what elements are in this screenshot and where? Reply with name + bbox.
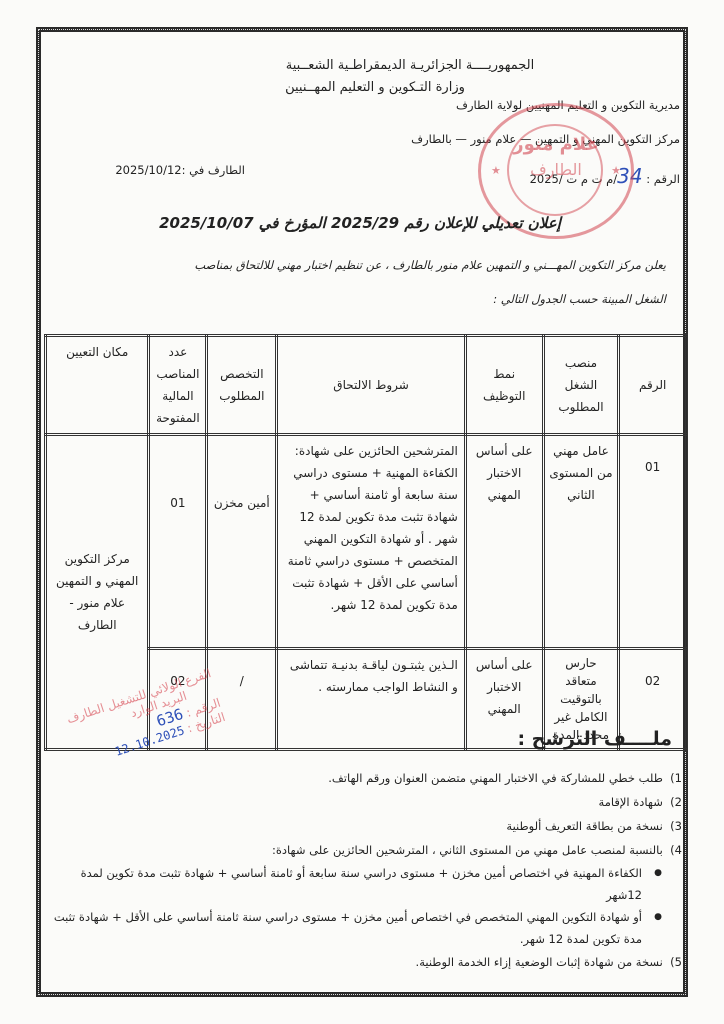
place-date: الطارف في :2025/10/12 xyxy=(105,163,245,177)
requirements-list: 1) طلب خطي للمشاركة في الاختبار المهني م… xyxy=(42,766,682,974)
dossier-title: ملــــف الترشح : xyxy=(432,728,672,750)
ministry-header: وزارة التـكوين و التعليم المهــنيين xyxy=(250,80,500,95)
requirement-item: 1) طلب خطي للمشاركة في الاختبار المهني م… xyxy=(42,766,682,790)
cell-open-posts: 01 xyxy=(149,435,207,649)
republic-header: الجمهوريــــة الجزائريـة الديمقراطـية ال… xyxy=(250,58,570,73)
cell-conditions: المترشحين الحائزين على شهادة: الكفاءة ال… xyxy=(277,435,466,649)
header-specialty: التخصص المطلوب xyxy=(207,336,277,435)
requirement-item: 2) شهادة الإقامة xyxy=(42,790,682,814)
announcement-title: إعلان تعديلي للإعلان رقم 2025/29 المؤرخ … xyxy=(150,214,570,232)
directorate-line: مديرية التكوين و التعليم المهنيين لولاية… xyxy=(280,98,680,112)
requirement-sub-item: الكفاءة المهنية في اختصاص أمين مخزن + مس… xyxy=(42,862,656,906)
stamp-city: الطارف xyxy=(481,160,631,179)
star-icon: ★ xyxy=(491,164,501,177)
table-row: 01 عامل مهني من المستوى الثاني على أساس … xyxy=(46,435,687,649)
header-number: الرقم xyxy=(619,336,687,435)
header-conditions: شروط الالتحاق xyxy=(277,336,466,435)
header-location: مكان التعيين xyxy=(46,336,149,435)
cell-specialty: أمين مخزن xyxy=(207,435,277,649)
intro-line-2: الشغل المبينة حسب الجدول التالي : xyxy=(66,292,666,306)
stamp-name: علام منور xyxy=(481,134,631,155)
requirement-item: 5) نسخة من شهادة إثبات الوضعية إزاء الخد… xyxy=(42,950,682,974)
requirement-item: 3) نسخة من بطاقة التعريف ألوطنية xyxy=(42,814,682,838)
table-header-row: الرقم منصب الشغل المطلوب نمط التوظيف شرو… xyxy=(46,336,687,435)
star-icon: ★ xyxy=(611,164,621,177)
cell-position: عامل مهني من المستوى الثاني xyxy=(543,435,619,649)
requirement-sub-item: أو شهادة التكوين المهني المتخصص في اختصا… xyxy=(42,906,656,950)
intro-line-1: يعلن مركز التكوين المهـــني و التمهين عل… xyxy=(66,258,666,272)
reference-label: الرقم : xyxy=(646,172,680,186)
header-recruitment-mode: نمط التوظيف xyxy=(465,336,543,435)
cell-number: 01 xyxy=(619,435,687,649)
header-position: منصب الشغل المطلوب xyxy=(543,336,619,435)
header-open-posts: عدد المناصب المالية المفتوحة xyxy=(149,336,207,435)
cell-recruitment-mode: على أساس الاختبار المهني xyxy=(465,435,543,649)
requirement-item: 4) بالنسبة لمنصب عامل مهني من المستوى ال… xyxy=(42,838,682,950)
